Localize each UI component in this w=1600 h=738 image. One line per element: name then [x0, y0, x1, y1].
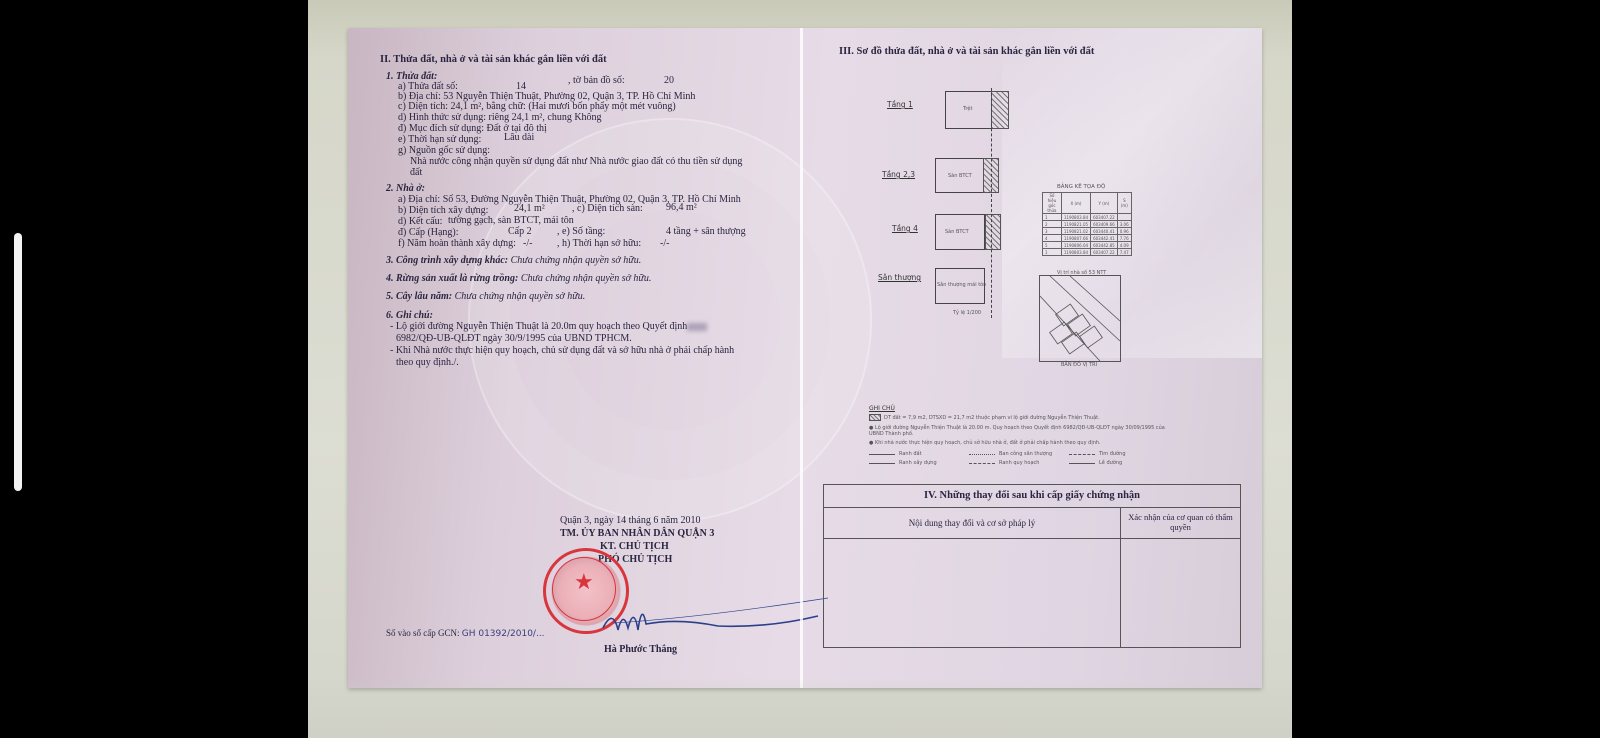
- coord-row: 51190806.04603442.854.09: [1043, 242, 1132, 249]
- issue-date: Quận 3, ngày 14 tháng 6 năm 2010: [560, 515, 701, 526]
- storeys-label: , e) Số tầng:: [557, 226, 605, 237]
- coord-row: 41190807.66603442.417.76: [1043, 235, 1132, 242]
- structure-label: d) Kết cấu:: [398, 216, 442, 227]
- perennial-trees-label: 5. Cây lâu năm:: [386, 291, 452, 302]
- coord-cell: 603407.22: [1091, 249, 1118, 256]
- ownership-term-label: , h) Thời hạn sở hữu:: [557, 238, 641, 249]
- legend-notes: DT đất = 7,9 m2, DTSXD = 21,7 m2 thuộc p…: [869, 414, 1169, 466]
- land-area: c) Diện tích: 24,1 m², bằng chữ: (Hai mư…: [398, 101, 676, 112]
- coord-row: 11190803.84603407.227.47: [1043, 249, 1132, 256]
- coord-cell: 1190803.84: [1061, 249, 1090, 256]
- legend-heading: GHI CHÚ: [869, 405, 895, 412]
- section-title-iii: III. Sơ đồ thửa đất, nhà ở và tài sản kh…: [839, 46, 1094, 57]
- hatch-note-text: DT đất = 7,9 m2, DTSXD = 21,7 m2 thuộc p…: [884, 415, 1100, 421]
- legend-line-item: Ban công sân thượng: [969, 451, 1069, 457]
- line-style-icon: [1069, 463, 1095, 464]
- legend-line-item: Ranh đất: [869, 451, 969, 457]
- changes-col-confirmation: Xác nhận của cơ quan có thẩm quyền: [1121, 508, 1240, 538]
- certificate-sheet: II. Thửa đất, nhà ở và tài sản khác gắn …: [348, 28, 1262, 688]
- grade-value: Cấp 2: [508, 226, 532, 237]
- legend-line-label: Ranh đất: [899, 451, 922, 457]
- coord-table-title: BẢNG KÊ TỌA ĐỘ: [1057, 184, 1105, 190]
- hatch-swatch-icon: [869, 414, 881, 421]
- issuing-authority: TM. ỦY BAN NHÂN DÂN QUẬN 3: [560, 528, 714, 539]
- legend-line-item: Tim đường: [1069, 451, 1169, 457]
- legend-line-label: Lề đường: [1099, 460, 1122, 466]
- legend-bullet-2-text: Khi nhà nước thực hiện quy hoạch, chủ sở…: [875, 440, 1101, 446]
- coord-cell: 4.09: [1117, 242, 1131, 249]
- star-icon: ★: [574, 569, 594, 595]
- floor-label-1: Tầng 1: [887, 100, 913, 109]
- land-origin-value: Nhà nước công nhận quyền sử dụng đất như…: [410, 156, 742, 167]
- coord-row: 21190821.05603409.663.06: [1043, 221, 1132, 228]
- right-page: III. Sơ đồ thửa đất, nhà ở và tài sản kh…: [803, 28, 1262, 688]
- line-style-icon: [969, 463, 995, 464]
- registry-number: Số vào sổ cấp GCN: GH 01392/2010/...: [386, 628, 545, 640]
- signature: [598, 588, 828, 648]
- completion-year-value: -/-: [523, 238, 532, 249]
- coord-header-cell: X (m): [1061, 193, 1090, 214]
- legend-line-item: Lề đường: [1069, 460, 1169, 466]
- note-planning-cont: theo quy định./.: [396, 357, 459, 368]
- legend-bullet-1-text: Lộ giới đường Nguyễn Thiện Thuật là 20.0…: [869, 425, 1165, 437]
- legend-line-label: Tim đường: [1099, 451, 1126, 457]
- floor-room-4: Sân thượng mái tôn: [937, 282, 986, 288]
- planted-forest-label: 4. Rừng sản xuất là rừng trồng:: [386, 273, 518, 284]
- legend-line-label: Ranh xây dựng: [899, 460, 937, 466]
- legend-bullet-1: ● Lộ giới đường Nguyễn Thiện Thuật là 20…: [869, 425, 1169, 437]
- coord-header-cell: S (m): [1117, 193, 1131, 214]
- coordinate-table: Số hiệu góc thửaX (m)Y (m)S (m) 11190803…: [1042, 192, 1132, 256]
- grade-label: đ) Cấp (Hạng):: [398, 227, 459, 238]
- floor-label-3: Tầng 4: [892, 224, 918, 233]
- coord-cell: 3.06: [1117, 221, 1131, 228]
- coord-row: 31190821.02603440.410.96: [1043, 228, 1132, 235]
- planning-boundary-line: [991, 88, 992, 318]
- note-road-boundary: - Lộ giới đường Nguyễn Thiện Thuật là 20…: [390, 321, 707, 332]
- coord-cell: 3: [1043, 228, 1062, 235]
- legend-bullet-2: ● Khi nhà nước thực hiện quy hoạch, chủ …: [869, 440, 1169, 446]
- redaction-mark: [687, 323, 707, 331]
- other-construction-label: 3. Công trình xây dựng khác:: [386, 255, 508, 266]
- coord-cell: 5: [1043, 242, 1062, 249]
- changes-title: IV. Những thay đổi sau khi cấp giấy chứn…: [824, 485, 1240, 508]
- line-legend: Ranh đấtBan công sân thượngTim đườngRanh…: [869, 451, 1169, 466]
- floor-area-value: 96,4 m²: [666, 202, 697, 213]
- perennial-trees: 5. Cây lâu năm: Chưa chứng nhận quyền sở…: [386, 291, 585, 302]
- registry-label: Số vào sổ cấp GCN:: [386, 628, 460, 638]
- legend-line-item: Ranh xây dựng: [869, 460, 969, 466]
- line-style-icon: [1069, 454, 1095, 455]
- coord-cell: 0.96: [1117, 228, 1131, 235]
- changes-header-row: Nội dung thay đổi và cơ sở pháp lý Xác n…: [824, 508, 1240, 539]
- coord-header-cell: Y (m): [1091, 193, 1118, 214]
- coord-cell: 7.76: [1117, 235, 1131, 242]
- coord-cell: 603440.41: [1091, 228, 1118, 235]
- floor-room-3: Sàn BTCT: [945, 229, 969, 235]
- ownership-term-value: -/-: [660, 238, 669, 249]
- coord-cell: 603442.85: [1091, 242, 1118, 249]
- coord-cell: [1117, 214, 1131, 221]
- coord-cell: 603407.22: [1091, 214, 1118, 221]
- coord-cell: 1190806.04: [1061, 242, 1090, 249]
- other-construction: 3. Công trình xây dựng khác: Chưa chứng …: [386, 255, 641, 266]
- note-planning: - Khi Nhà nước thực hiện quy hoạch, chủ …: [390, 345, 734, 356]
- line-style-icon: [869, 454, 895, 455]
- setback-hatch-1: [991, 91, 1009, 129]
- floor-background: [308, 678, 1292, 738]
- legend-line-label: Ban công sân thượng: [999, 451, 1052, 457]
- legend-line-label: Ranh quy hoạch: [999, 460, 1039, 466]
- signer-name: Hà Phước Thắng: [604, 644, 677, 655]
- coord-cell: 1190821.02: [1061, 228, 1090, 235]
- house-heading: 2. Nhà ở:: [386, 183, 425, 194]
- left-page: II. Thửa đất, nhà ở và tài sản khác gắn …: [348, 28, 800, 688]
- location-map-drawing: [1040, 276, 1120, 361]
- setback-hatch-3: [985, 214, 1001, 250]
- land-term-label: e) Thời hạn sử dụng:: [398, 134, 481, 145]
- coord-cell: 1190803.84: [1061, 214, 1090, 221]
- coord-cell: 2: [1043, 221, 1062, 228]
- photo-image: II. Thửa đất, nhà ở và tài sản khác gắn …: [308, 0, 1292, 738]
- line-style-icon: [869, 463, 895, 464]
- note-road-boundary-text: - Lộ giới đường Nguyễn Thiện Thuật là 20…: [390, 321, 687, 332]
- perennial-trees-value: Chưa chứng nhận quyền sở hữu.: [455, 291, 586, 302]
- land-origin-label: g) Nguồn gốc sử dụng:: [398, 145, 490, 156]
- storeys-value: 4 tầng + sân thượng: [666, 226, 746, 237]
- note-road-boundary-cont: 6982/QĐ-UB-QLĐT ngày 30/9/1995 của UBND …: [396, 333, 632, 344]
- coord-cell: 603442.41: [1091, 235, 1118, 242]
- hatch-note: DT đất = 7,9 m2, DTSXD = 21,7 m2 thuộc p…: [869, 414, 1169, 421]
- build-area-value: 24,1 m²: [514, 203, 545, 214]
- floor-room-2: Sàn BTCT: [948, 173, 972, 179]
- floor-label-2: Tầng 2,3: [882, 170, 915, 179]
- coord-header-cell: Số hiệu góc thửa: [1043, 193, 1062, 214]
- coord-cell: 1: [1043, 249, 1062, 256]
- coord-cell: 1190821.05: [1061, 221, 1090, 228]
- land-usage-form: d) Hình thức sử dụng: riêng 24,1 m², chu…: [398, 112, 602, 123]
- changes-body-row: [824, 539, 1240, 647]
- coord-cell: 7.47: [1117, 249, 1131, 256]
- land-origin-value-cont: đất: [410, 167, 422, 178]
- registry-value: GH 01392/2010/...: [462, 629, 545, 639]
- planted-forest: 4. Rừng sản xuất là rừng trồng: Chưa chứ…: [386, 273, 651, 284]
- floor-area-label: , c) Diện tích sàn:: [572, 203, 643, 214]
- map-sheet-label: , tờ bản đồ số:: [568, 75, 625, 86]
- coord-cell: 1: [1043, 214, 1062, 221]
- drawing-scale: Tỷ lệ 1/200: [953, 310, 981, 316]
- coord-cell: 603409.66: [1091, 221, 1118, 228]
- other-construction-value: Chưa chứng nhận quyền sở hữu.: [511, 255, 642, 266]
- coord-cell: 1190807.66: [1061, 235, 1090, 242]
- coord-cell: 4: [1043, 235, 1062, 242]
- floor-room-1: Trệt: [963, 106, 972, 112]
- vertical-scrollbar[interactable]: [14, 233, 22, 491]
- location-map: [1039, 275, 1121, 362]
- completion-year-label: f) Năm hoàn thành xây dựng:: [398, 238, 516, 249]
- for-chairman: KT. CHỦ TỊCH: [600, 541, 669, 552]
- changes-table: IV. Những thay đổi sau khi cấp giấy chứn…: [823, 484, 1241, 648]
- coord-row: 11190803.84603407.22: [1043, 214, 1132, 221]
- floor-label-4: Sân thượng: [878, 273, 921, 282]
- location-map-footer: BẢN ĐỒ VỊ TRÍ: [1061, 362, 1097, 368]
- land-term-value: Lâu dài: [504, 132, 534, 143]
- changes-col-content: Nội dung thay đổi và cơ sở pháp lý: [824, 508, 1121, 538]
- line-style-icon: [969, 454, 995, 455]
- planted-forest-value: Chưa chứng nhận quyền sở hữu.: [521, 273, 652, 284]
- map-sheet-number: 20: [664, 75, 674, 86]
- changes-content-cell: [824, 539, 1121, 647]
- section-title-ii: II. Thửa đất, nhà ở và tài sản khác gắn …: [380, 54, 607, 65]
- legend-line-item: Ranh quy hoạch: [969, 460, 1069, 466]
- structure-value: tường gạch, sàn BTCT, mái tôn: [448, 215, 574, 226]
- notes-heading: 6. Ghi chú:: [386, 310, 433, 321]
